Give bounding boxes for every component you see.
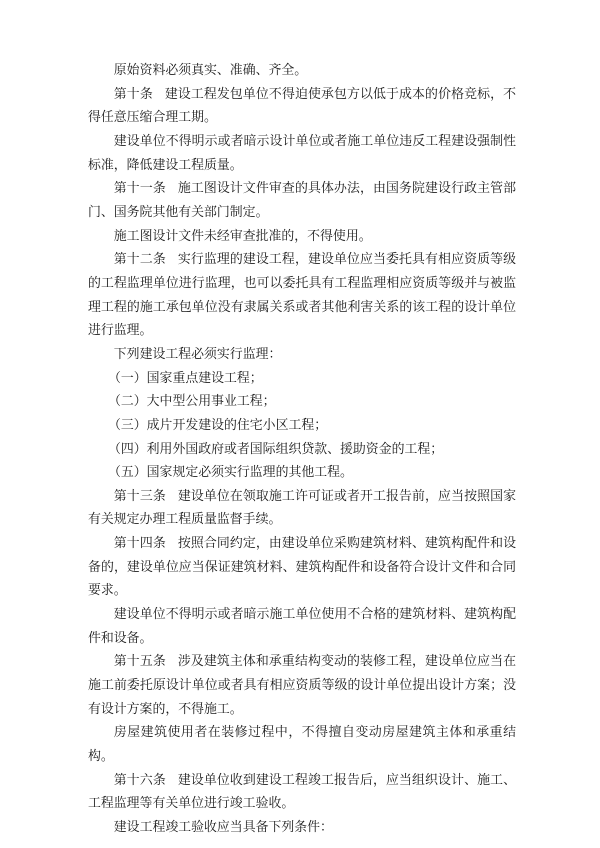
- article-number: 第十条: [114, 87, 153, 102]
- paragraph: 建设单位不得明示或者暗示设计单位或者施工单位违反工程建设强制性标准，降低建设工程…: [88, 130, 516, 177]
- article-number: 第十三条: [114, 489, 166, 504]
- article-15: 第十五条涉及建筑主体和承重结构变动的装修工程，建设单位应当在施工前委托原设计单位…: [88, 650, 516, 721]
- article-10: 第十条建设工程发包单位不得迫使承包方以低于成本的价格竞标，不得任意压缩合理工期。: [88, 83, 516, 130]
- article-13: 第十三条建设单位在领取施工许可证或者开工报告前，应当按照国家有关规定办理工程质量…: [88, 485, 516, 532]
- article-14: 第十四条按照合同约定，由建设单位采购建筑材料、建筑构配件和设备的，建设单位应当保…: [88, 532, 516, 603]
- article-11: 第十一条施工图设计文件审查的具体办法，由国务院建设行政主管部门、国务院其他有关部…: [88, 177, 516, 224]
- article-number: 第十一条: [114, 181, 166, 196]
- list-item: （四）利用外国政府或者国际组织贷款、援助资金的工程；: [88, 438, 516, 462]
- article-12: 第十二条实行监理的建设工程，建设单位应当委托具有相应资质等级的工程监理单位进行监…: [88, 248, 516, 343]
- paragraph: 房屋建筑使用者在装修过程中，不得擅自变动房屋建筑主体和承重结构。: [88, 721, 516, 768]
- article-number: 第十二条: [114, 252, 166, 267]
- article-number: 第十六条: [114, 773, 166, 788]
- list-item: （五）国家规定必须实行监理的其他工程。: [88, 461, 516, 485]
- paragraph: 建设工程竣工验收应当具备下列条件：: [88, 816, 516, 840]
- list-item: （二）大中型公用事业工程；: [88, 390, 516, 414]
- document-page: 原始资料必须真实、准确、齐全。 第十条建设工程发包单位不得迫使承包方以低于成本的…: [88, 59, 516, 840]
- article-16: 第十六条建设单位收到建设工程竣工报告后，应当组织设计、施工、工程监理等有关单位进…: [88, 769, 516, 816]
- paragraph: 下列建设工程必须实行监理：: [88, 343, 516, 367]
- paragraph: 建设单位不得明示或者暗示施工单位使用不合格的建筑材料、建筑构配件和设备。: [88, 603, 516, 650]
- paragraph: 原始资料必须真实、准确、齐全。: [88, 59, 516, 83]
- article-number: 第十五条: [114, 654, 166, 669]
- list-item: （三）成片开发建设的住宅小区工程；: [88, 414, 516, 438]
- list-item: （一）国家重点建设工程；: [88, 367, 516, 391]
- article-number: 第十四条: [114, 536, 166, 551]
- paragraph: 施工图设计文件未经审查批准的，不得使用。: [88, 225, 516, 249]
